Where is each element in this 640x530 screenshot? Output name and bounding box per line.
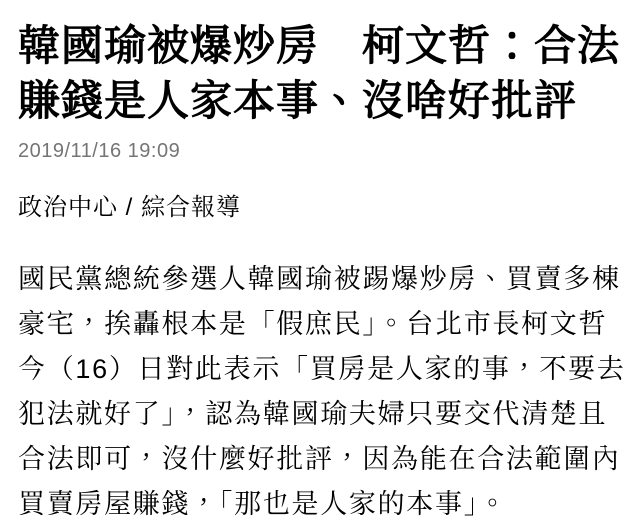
headline-line-2: 賺錢是人家本事、沒啥好批評 bbox=[18, 73, 622, 128]
article-body: 國民黨總統參選人韓國瑜被踢爆炒房、買賣多棟 豪宅，挨轟根本是「假庶民」。台北市長… bbox=[18, 257, 622, 527]
headline-line-1: 韓國瑜被爆炒房 柯文哲：合法 bbox=[18, 18, 622, 73]
article-headline: 韓國瑜被爆炒房 柯文哲：合法 賺錢是人家本事、沒啥好批評 bbox=[18, 18, 622, 128]
body-line: 國民黨總統參選人韓國瑜被踢爆炒房、買賣多棟 bbox=[18, 257, 622, 302]
body-line: 犯法就好了」，認為韓國瑜夫婦只要交代清楚且 bbox=[18, 392, 622, 437]
article-page: { "article": { "headline": "韓國瑜被爆炒房 柯文哲：… bbox=[0, 0, 640, 530]
body-line: 今（16）日對此表示「買房是人家的事，不要去 bbox=[18, 347, 622, 392]
news-article: 韓國瑜被爆炒房 柯文哲：合法 賺錢是人家本事、沒啥好批評 2019/11/16 … bbox=[0, 0, 640, 527]
body-line: 買賣房屋賺錢，「那也是人家的本事」。 bbox=[18, 482, 622, 527]
body-line: 豪宅，挨轟根本是「假庶民」。台北市長柯文哲 bbox=[18, 302, 622, 347]
article-timestamp: 2019/11/16 19:09 bbox=[18, 138, 622, 164]
body-line: 合法即可，沒什麼好批評，因為能在合法範圍內 bbox=[18, 437, 622, 482]
article-byline: 政治中心 / 綜合報導 bbox=[18, 193, 622, 223]
